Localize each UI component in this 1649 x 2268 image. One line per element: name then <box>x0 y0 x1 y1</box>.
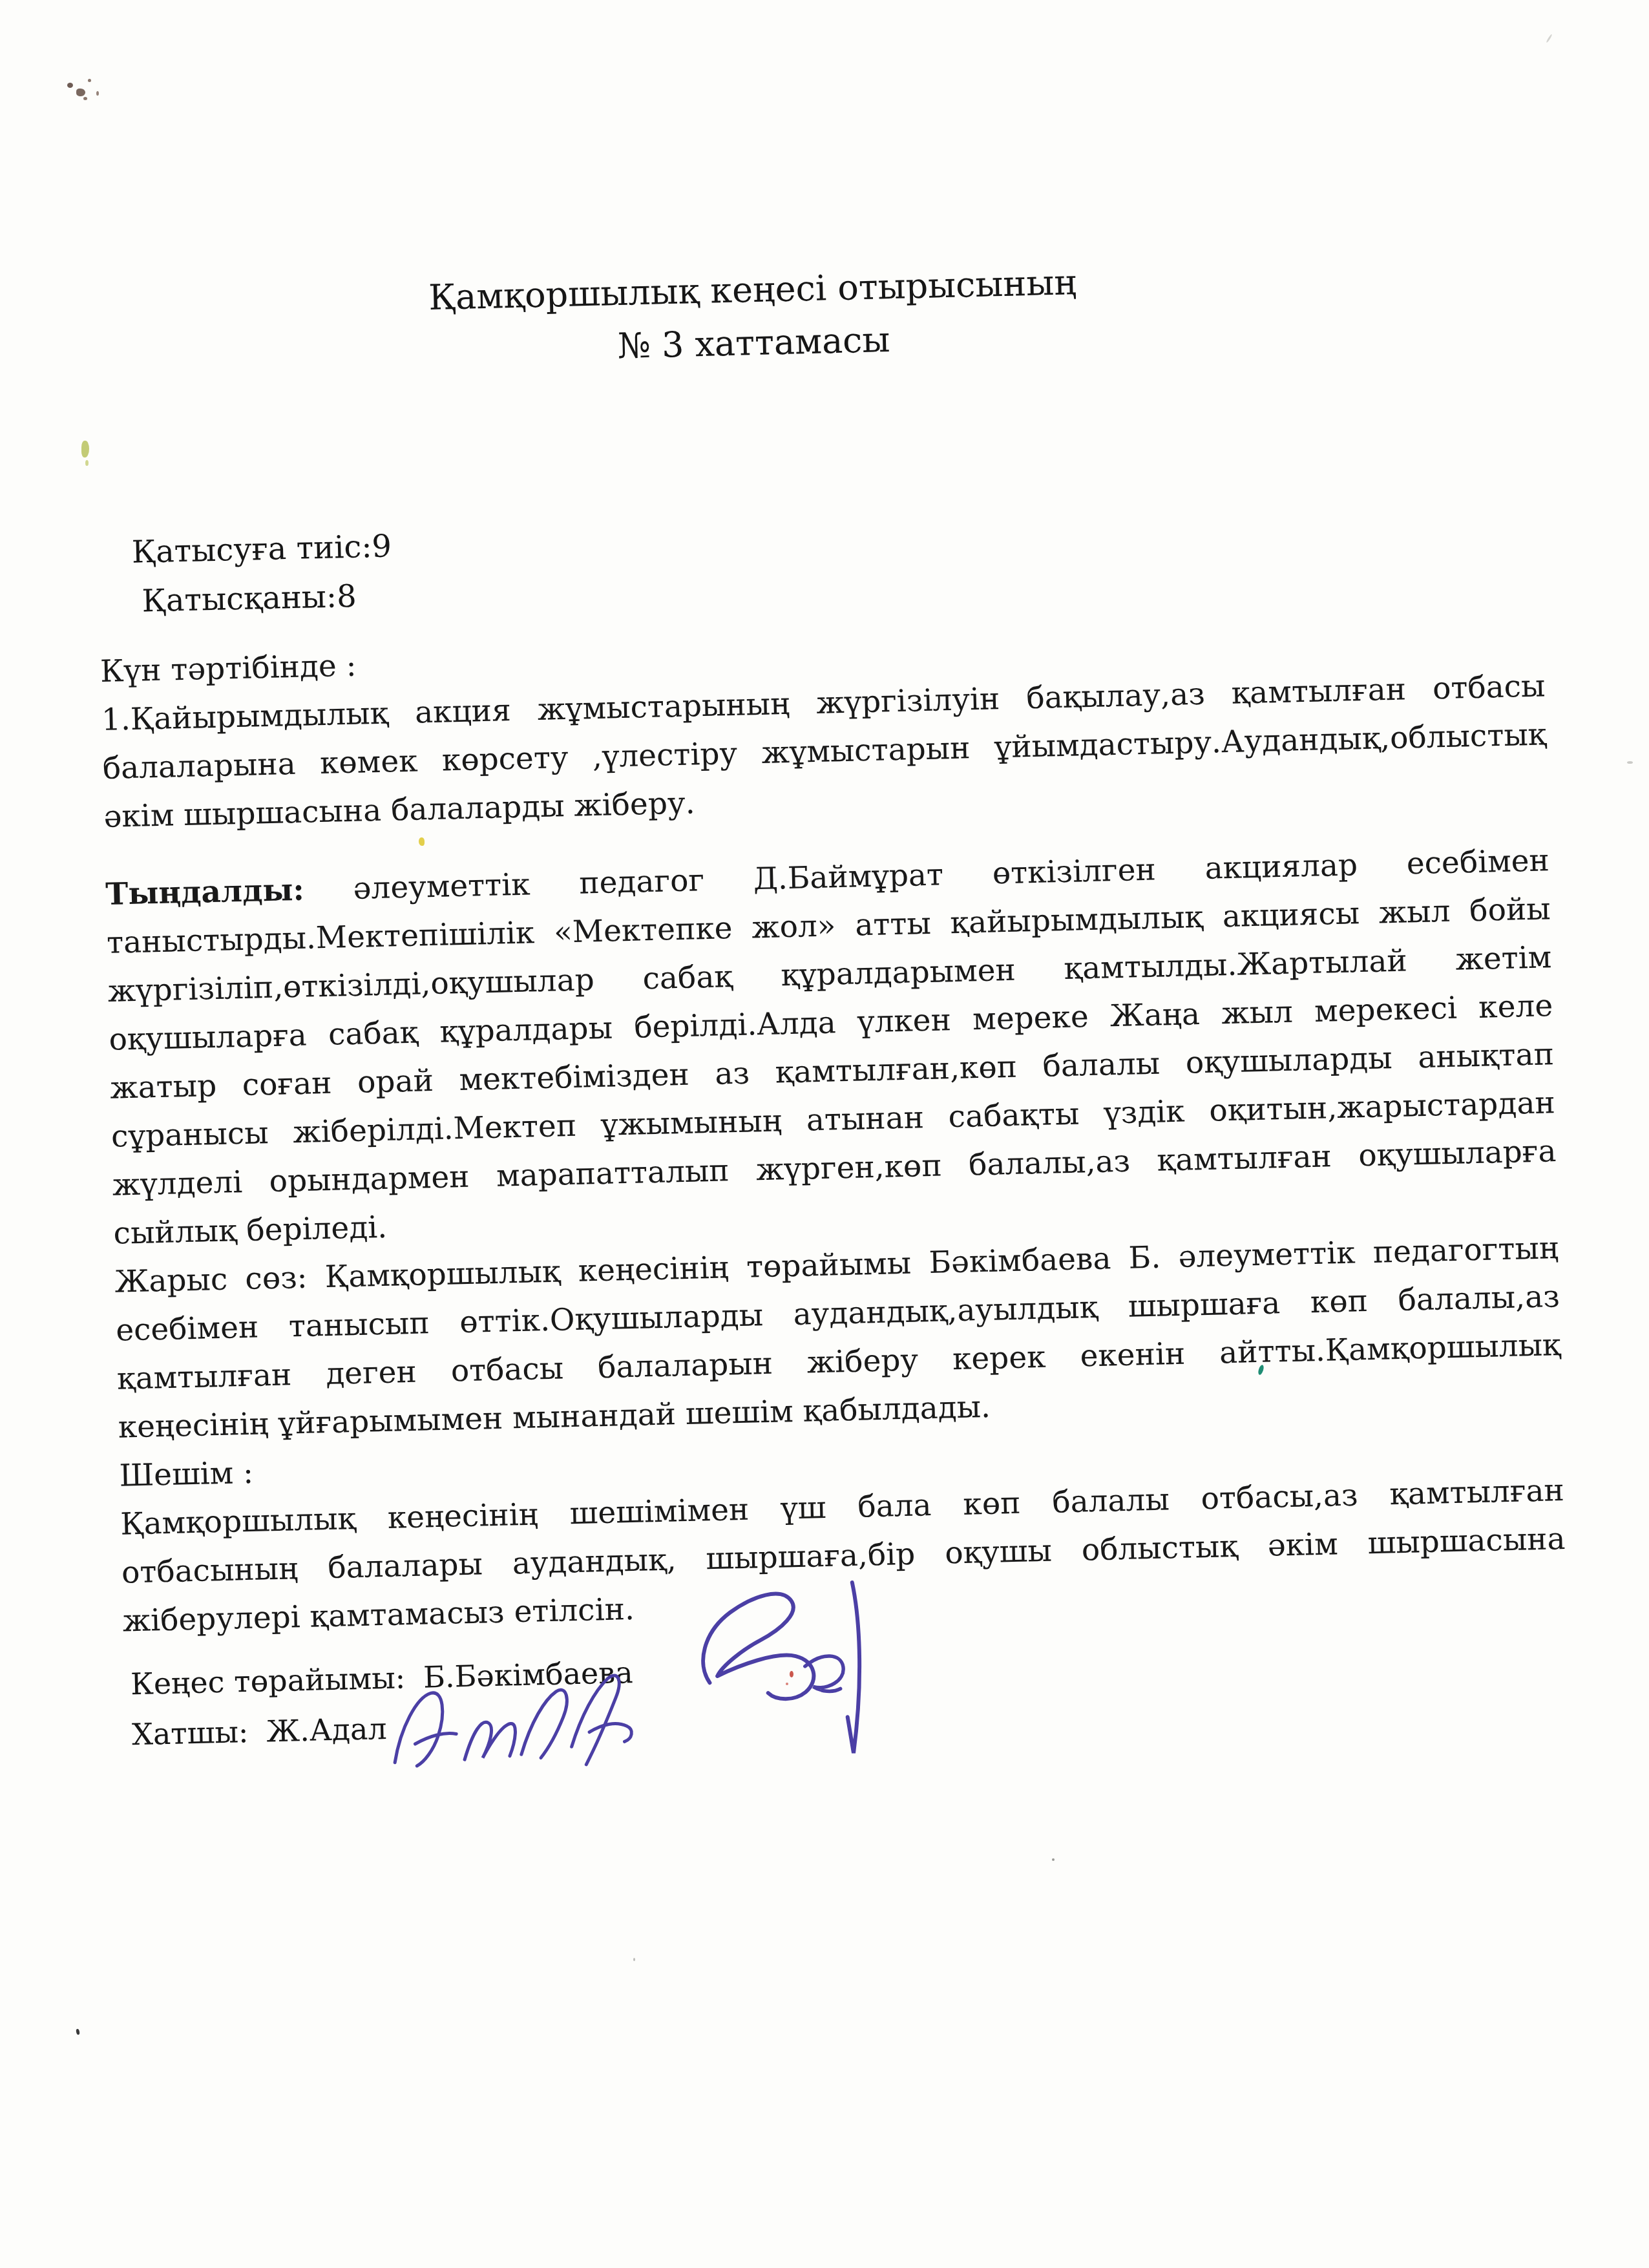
secretary-label: Хатшы: <box>131 1706 249 1759</box>
scan-speck <box>1052 1858 1055 1861</box>
attendance-required: Қатысуға тиіс:9 <box>131 521 392 576</box>
scan-speck <box>1627 761 1633 764</box>
paragraph-heard: Тыңдалды: әлеуметтік педагог Д.Баймұрат … <box>105 836 1559 1257</box>
scan-speck <box>76 89 85 96</box>
scan-speck <box>790 1671 793 1677</box>
chair-signature-ink <box>682 1564 894 1769</box>
body-text: Күн тәртібінде :1.Қайырымдылық акция жұм… <box>100 613 1567 1645</box>
secretary-signature-ink-drawing <box>381 1654 661 1783</box>
secretary-signature-ink <box>381 1654 661 1783</box>
scan-speck <box>96 91 99 96</box>
attendance-attended: Қатысқаны:8 <box>142 571 394 625</box>
heard-bold-label: Тыңдалды: <box>105 872 305 912</box>
scan-speck <box>419 837 425 846</box>
scan-speck <box>786 1683 788 1685</box>
scan-speck <box>85 460 89 466</box>
chair-label: Кеңес төрайымы: <box>130 1652 406 1709</box>
scanned-protocol-page: Қамқоршылық кеңесі отырысының № 3 хаттам… <box>0 0 1649 2268</box>
scan-speck <box>67 83 73 88</box>
document-title: Қамқоршылық кеңесі отырысының № 3 хаттам… <box>87 248 1420 385</box>
paragraph-debate: Жарыс сөз: Қамқоршылық кеңесінің төрайым… <box>114 1224 1562 1452</box>
scan-speck <box>633 1958 635 1961</box>
scan-speck <box>83 97 87 100</box>
paragraph-agenda: Күн тәртібінде :1.Қайырымдылық акция жұм… <box>100 613 1548 841</box>
scan-speck <box>88 79 91 82</box>
chair-signature-ink-drawing <box>682 1564 894 1769</box>
document-content: Қамқоршылық кеңесі отырысының № 3 хаттам… <box>0 0 1649 2268</box>
secretary-name: Ж.Адал <box>266 1703 388 1756</box>
attendance-block: Қатысуға тиіс:9 Қатысқаны:8 <box>131 521 394 625</box>
